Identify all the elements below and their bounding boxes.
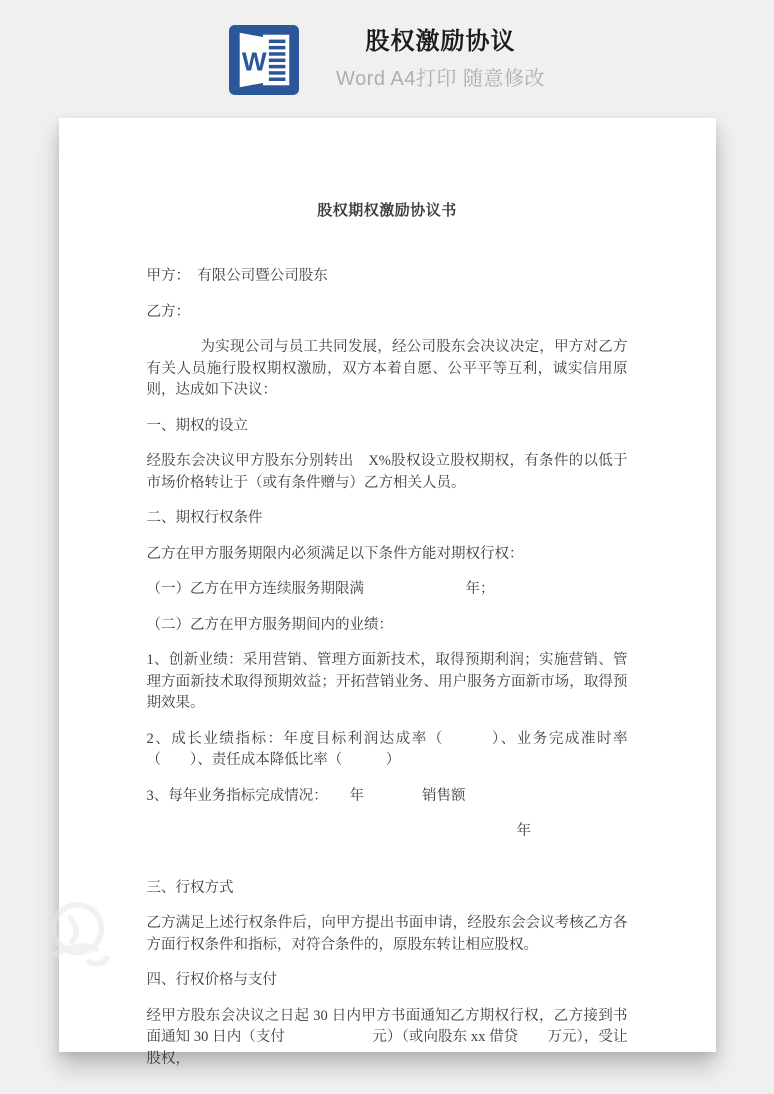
doc-paragraph: 乙方在甲方服务期限内必须满足以下条件方能对期权行权：: [147, 544, 628, 566]
document-body: 股权期权激励协议书 甲方： 有限公司暨公司股东乙方：为实现公司与员工共同发展，经…: [147, 203, 628, 1070]
doc-paragraph: 三、行权方式: [147, 878, 628, 900]
product-subtitle: Word A4打印 随意修改: [336, 66, 545, 92]
doc-paragraph: 经股东会决议甲方股东分别转出 X%股权设立股权期权，有条件的以低于市场价格转让于…: [147, 451, 628, 494]
doc-paragraph: 四、行权价格与支付: [147, 970, 628, 992]
doc-paragraph: 一、期权的设立: [147, 416, 628, 438]
doc-paragraph: （二）乙方在甲方服务期间内的业绩：: [147, 615, 628, 637]
doc-paragraph: 经甲方股东会决议之日起 30 日内甲方书面通知乙方期权行权，乙方接到书面通知 3…: [147, 1006, 628, 1071]
document-page: 股权期权激励协议书 甲方： 有限公司暨公司股东乙方：为实现公司与员工共同发展，经…: [59, 118, 716, 1052]
doc-paragraph: （一）乙方在甲方连续服务期限满 年；: [147, 579, 628, 601]
doc-paragraph: 为实现公司与员工共同发展，经公司股东会决议决定，甲方对乙方有关人员施行股权期权激…: [147, 337, 628, 402]
product-title: 股权激励协议: [336, 27, 545, 57]
doc-paragraph: 3、每年业务指标完成情况： 年 销售额: [147, 786, 628, 808]
doc-paragraph: 甲方： 有限公司暨公司股东: [147, 266, 628, 288]
doc-paragraph: 年: [147, 821, 628, 843]
doc-paragraph: 二、期权行权条件: [147, 508, 628, 530]
word-app-icon: W: [229, 25, 299, 95]
header: W 股权激励协议 Word A4打印 随意修改: [0, 0, 774, 118]
document-paragraphs: 甲方： 有限公司暨公司股东乙方：为实现公司与员工共同发展，经公司股东会决议决定，…: [147, 266, 628, 1070]
header-text: 股权激励协议 Word A4打印 随意修改: [336, 27, 545, 92]
document-page-wrapper: 股权期权激励协议书 甲方： 有限公司暨公司股东乙方：为实现公司与员工共同发展，经…: [59, 118, 716, 1052]
document-title: 股权期权激励协议书: [147, 203, 628, 219]
doc-paragraph: 乙方满足上述行权条件后，向甲方提出书面申请，经股东会会议考核乙方各方面行权条件和…: [147, 913, 628, 956]
doc-paragraph: 1、创新业绩：采用营销、管理方面新技术，取得预期利润；实施营销、管理方面新技术取…: [147, 650, 628, 715]
doc-paragraph: 2、成长业绩指标：年度目标利润达成率（ ）、业务完成准时率（ ）、责任成本降低比…: [147, 729, 628, 772]
svg-text:W: W: [242, 47, 267, 77]
doc-paragraph: 乙方：: [147, 302, 628, 324]
